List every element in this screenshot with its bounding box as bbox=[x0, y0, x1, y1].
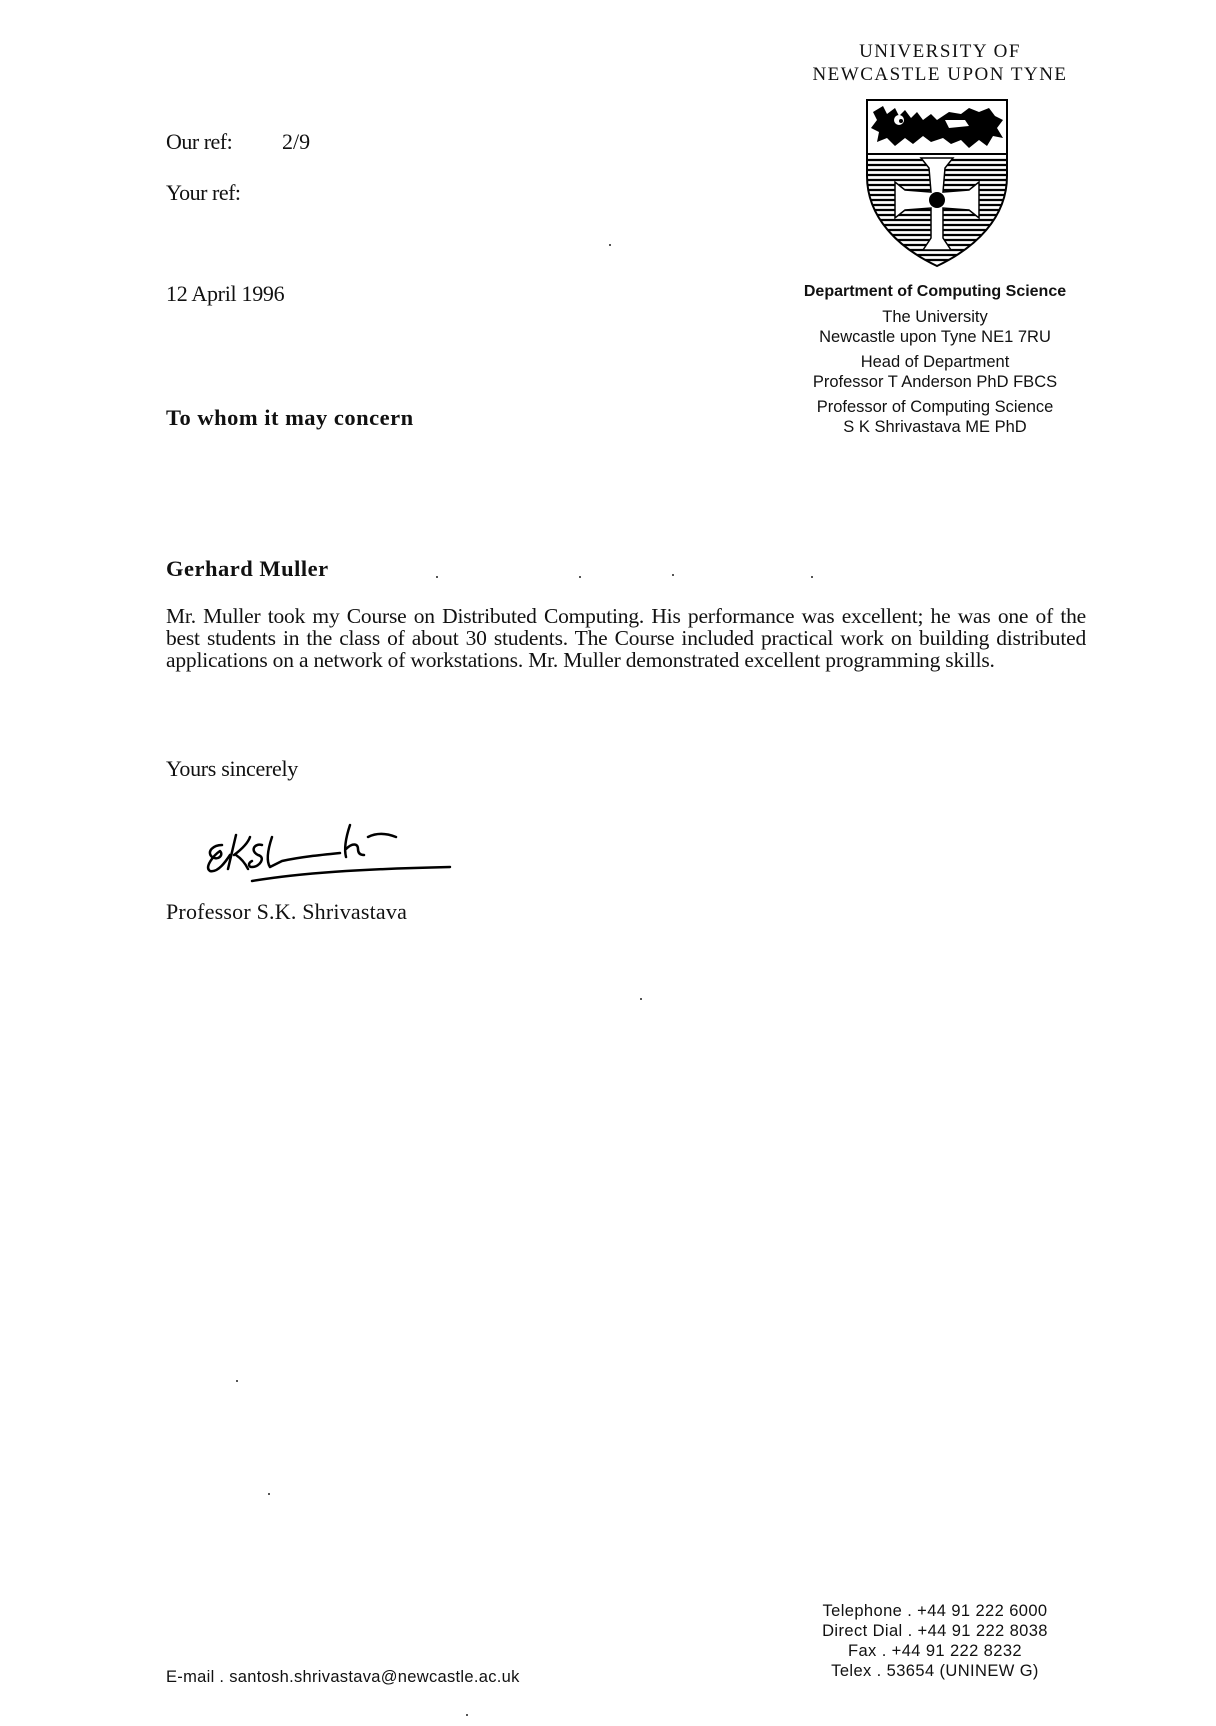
university-name-line1: UNIVERSITY OF bbox=[790, 40, 1090, 63]
footer-email: E-mail . santosh.shrivastava@newcastle.a… bbox=[166, 1668, 520, 1687]
scan-speck bbox=[466, 1714, 468, 1716]
salutation: To whom it may concern bbox=[166, 405, 414, 431]
handwritten-signature-icon bbox=[200, 815, 460, 885]
scan-speck bbox=[436, 576, 438, 578]
professor-title: Professor of Computing Science bbox=[770, 397, 1100, 417]
scan-speck bbox=[672, 574, 674, 576]
closing: Yours sincerely bbox=[166, 756, 298, 782]
our-ref-label: Our ref: bbox=[166, 129, 282, 155]
scan-speck bbox=[268, 1493, 270, 1495]
address-line1: The University bbox=[770, 307, 1100, 327]
head-name: Professor T Anderson PhD FBCS bbox=[770, 372, 1100, 392]
footer-telex: Telex . 53654 (UNINEW G) bbox=[790, 1661, 1080, 1681]
professor-name: S K Shrivastava ME PhD bbox=[770, 417, 1100, 437]
department-address: The University Newcastle upon Tyne NE1 7… bbox=[770, 307, 1100, 347]
scan-speck bbox=[236, 1380, 238, 1382]
letter-subject: Gerhard Muller bbox=[166, 556, 329, 582]
footer-fax: Fax . +44 91 222 8232 bbox=[790, 1641, 1080, 1661]
your-reference: Your ref: bbox=[166, 180, 282, 206]
our-reference: Our ref:2/9 bbox=[166, 129, 310, 155]
footer-contact-block: Telephone . +44 91 222 6000 Direct Dial … bbox=[790, 1601, 1080, 1681]
footer-telephone: Telephone . +44 91 222 6000 bbox=[790, 1601, 1080, 1621]
department-name: Department of Computing Science bbox=[770, 282, 1100, 302]
university-name-line2: NEWCASTLE UPON TYNE bbox=[790, 63, 1090, 86]
scan-speck bbox=[579, 576, 581, 578]
letter-date: 12 April 1996 bbox=[166, 281, 284, 307]
university-name: UNIVERSITY OF NEWCASTLE UPON TYNE bbox=[790, 40, 1090, 86]
footer-direct-dial: Direct Dial . +44 91 222 8038 bbox=[790, 1621, 1080, 1641]
letter-body: Mr. Muller took my Course on Distributed… bbox=[166, 605, 1086, 671]
university-crest-icon bbox=[865, 98, 1009, 268]
scan-speck bbox=[811, 576, 813, 578]
your-ref-label: Your ref: bbox=[166, 180, 282, 206]
scan-speck bbox=[640, 998, 642, 1000]
address-line2: Newcastle upon Tyne NE1 7RU bbox=[770, 327, 1100, 347]
head-of-department: Head of Department Professor T Anderson … bbox=[770, 352, 1100, 392]
professor-of-computing: Professor of Computing Science S K Shriv… bbox=[770, 397, 1100, 437]
department-block: Department of Computing Science The Univ… bbox=[770, 282, 1100, 442]
scan-speck bbox=[609, 244, 611, 246]
signatory-name: Professor S.K. Shrivastava bbox=[166, 899, 407, 925]
head-title: Head of Department bbox=[770, 352, 1100, 372]
our-ref-value: 2/9 bbox=[282, 129, 310, 154]
